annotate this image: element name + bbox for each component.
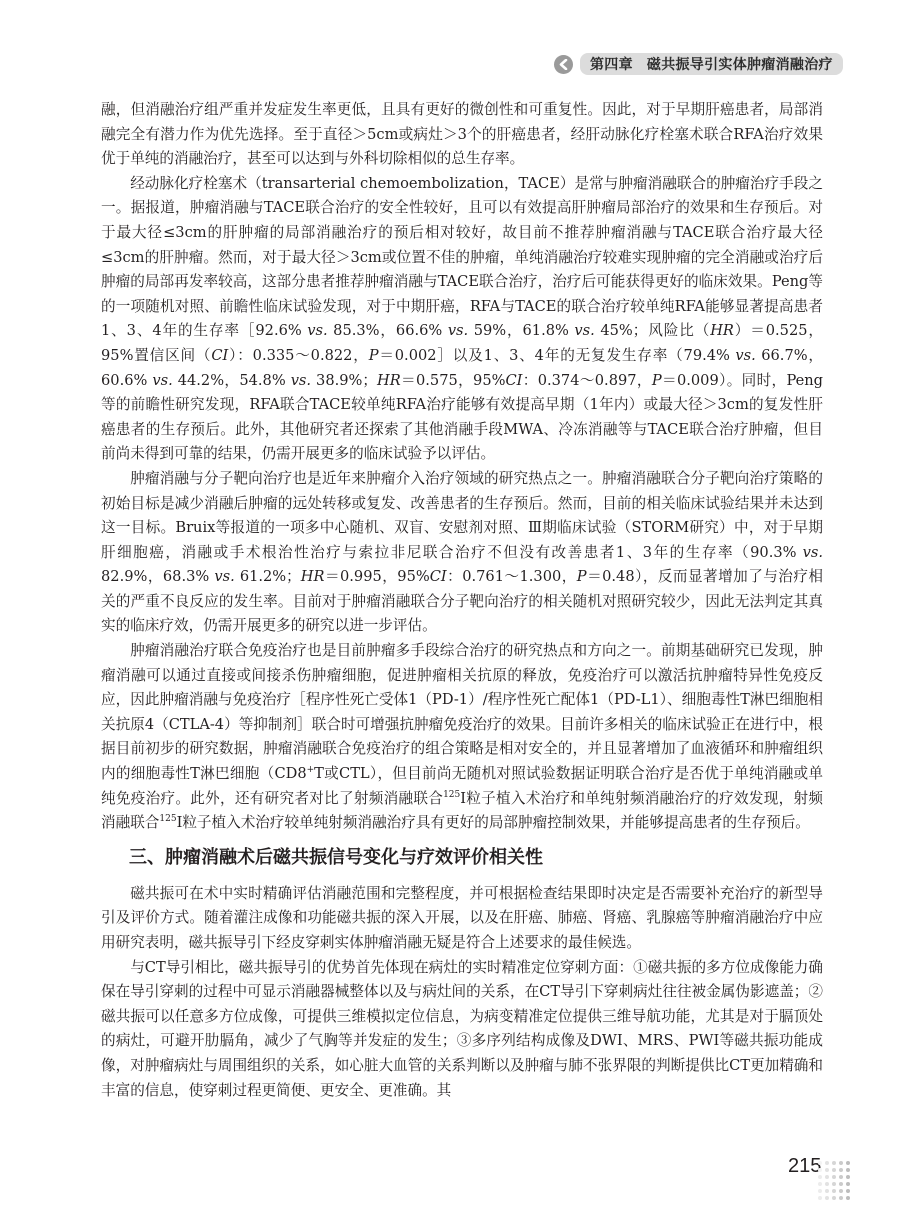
text-run: 融，但消融治疗组严重并发症发生率更低，且具有更好的微创性和可重复性。因此，对于早… (101, 101, 823, 167)
ornament-dot (839, 1168, 843, 1172)
ornament-dot (846, 1189, 850, 1193)
body-text: 融，但消融治疗组严重并发症发生率更低，且具有更好的微创性和可重复性。因此，对于早… (101, 98, 823, 1103)
ornament-dot (825, 1168, 829, 1172)
text-run: ）：0.335～0.822， (228, 347, 368, 364)
ornament-dot (818, 1161, 822, 1165)
italic-term: HR (710, 322, 734, 339)
ornament-dot (846, 1196, 850, 1200)
section-heading: 三、肿瘤消融术后磁共振信号变化与疗效评价相关性 (129, 845, 823, 871)
ornament-dot (846, 1168, 850, 1172)
paragraph-p5: 磁共振可在术中实时精确评估消融范围和完整程度，并可根据检查结果即时决定是否需要补… (101, 882, 823, 956)
page-number: 215 (788, 1155, 821, 1178)
ornament-dot (832, 1168, 836, 1172)
text-run: ：0.761～1.300， (447, 568, 577, 585)
back-arrow-circle-icon (554, 55, 573, 74)
text-run: ＝0.002］以及1、3、4年的无复发生存率（79.4% (379, 347, 736, 364)
paragraph-p2: 经动脉化疗栓塞术（transarterial chemoembolization… (101, 172, 823, 467)
italic-term: vs. (735, 347, 755, 364)
text-run: 肿瘤消融与分子靶向治疗也是近年来肿瘤介入治疗领域的研究热点之一。肿瘤消融联合分子… (101, 470, 823, 561)
italic-term: P (369, 347, 379, 364)
italic-term: P (652, 372, 662, 389)
text-run: 85.3%，66.6% (328, 322, 448, 339)
ornament-dot (825, 1175, 829, 1179)
ornament-dot (825, 1182, 829, 1186)
italic-term: HR (301, 568, 325, 585)
ornament-dot (832, 1189, 836, 1193)
italic-term: vs. (448, 322, 468, 339)
text-run: 38.9%； (311, 372, 377, 389)
italic-term: vs. (291, 372, 311, 389)
italic-term: CI (430, 568, 447, 585)
ornament-dot (839, 1182, 843, 1186)
ornament-dot (832, 1161, 836, 1165)
ornament-dot (818, 1168, 822, 1172)
text-run: 肿瘤消融治疗联合免疫治疗也是目前肿瘤多手段综合治疗的研究热点和方向之一。前期基础… (101, 642, 823, 782)
paragraph-p3: 肿瘤消融与分子靶向治疗也是近年来肿瘤介入治疗领域的研究热点之一。肿瘤消融联合分子… (101, 467, 823, 639)
italic-term: CI (506, 372, 523, 389)
text-run: I粒子植入术治疗较单纯射频消融治疗具有更好的局部肿瘤控制效果，并能够提高患者的生… (177, 814, 810, 831)
ornament-dot (818, 1175, 822, 1179)
ornament-dot (839, 1196, 843, 1200)
ornament-dot (825, 1189, 829, 1193)
ornament-dot (818, 1189, 822, 1193)
ornament-dot (818, 1196, 822, 1200)
chapter-title-pill: 第四章 磁共振导引实体肿瘤消融治疗 (580, 53, 843, 75)
superscript: 125 (443, 790, 460, 800)
text-run: 磁共振可在术中实时精确评估消融范围和完整程度，并可根据检查结果即时决定是否需要补… (101, 885, 823, 951)
ornament-dot (846, 1175, 850, 1179)
italic-term: HR (377, 372, 401, 389)
dot-grid-ornament-icon (818, 1161, 850, 1200)
chapter-title: 磁共振导引实体肿瘤消融治疗 (647, 54, 833, 74)
italic-term: vs. (307, 322, 327, 339)
ornament-dot (825, 1196, 829, 1200)
text-run: 82.9%，68.3% (101, 568, 214, 585)
text-run: 44.2%，54.8% (173, 372, 291, 389)
ornament-dot (825, 1161, 829, 1165)
text-run: 经动脉化疗栓塞术（transarterial chemoembolization… (101, 175, 823, 340)
text-run: 61.2%； (235, 568, 301, 585)
text-run: ：0.374～0.897， (522, 372, 651, 389)
text-run: 45%；风险比（ (595, 322, 710, 339)
paragraphs-before-heading: 融，但消融治疗组严重并发症发生率更低，且具有更好的微创性和可重复性。因此，对于早… (101, 98, 823, 836)
ornament-dot (832, 1182, 836, 1186)
italic-term: P (577, 568, 587, 585)
italic-term: CI (211, 347, 228, 364)
superscript: 125 (159, 814, 176, 824)
ornament-dot (839, 1175, 843, 1179)
chapter-number: 第四章 (590, 54, 633, 74)
ornament-dot (846, 1182, 850, 1186)
italic-term: vs. (152, 372, 172, 389)
text-run: ＝0.995，95% (325, 568, 430, 585)
ornament-dot (846, 1161, 850, 1165)
ornament-dot (832, 1175, 836, 1179)
running-header: 第四章 磁共振导引实体肿瘤消融治疗 (554, 52, 843, 76)
italic-term: vs. (214, 568, 234, 585)
paragraph-p6: 与CT导引相比，磁共振导引的优势首先体现在病灶的实时精准定位穿刺方面：①磁共振的… (101, 956, 823, 1104)
text-run: 与CT导引相比，磁共振导引的优势首先体现在病灶的实时精准定位穿刺方面：①磁共振的… (101, 959, 823, 1099)
paragraph-p1: 融，但消融治疗组严重并发症发生率更低，且具有更好的微创性和可重复性。因此，对于早… (101, 98, 823, 172)
ornament-dot (832, 1196, 836, 1200)
paragraph-p4: 肿瘤消融治疗联合免疫治疗也是目前肿瘤多手段综合治疗的研究热点和方向之一。前期基础… (101, 639, 823, 836)
ornament-dot (839, 1161, 843, 1165)
italic-term: vs. (803, 544, 823, 561)
ornament-dot (839, 1189, 843, 1193)
italic-term: vs. (574, 322, 594, 339)
text-run: ＝0.575，95% (401, 372, 506, 389)
text-run: 59%，61.8% (468, 322, 574, 339)
paragraphs-after-heading: 磁共振可在术中实时精确评估消融范围和完整程度，并可根据检查结果即时决定是否需要补… (101, 882, 823, 1103)
ornament-dot (818, 1182, 822, 1186)
